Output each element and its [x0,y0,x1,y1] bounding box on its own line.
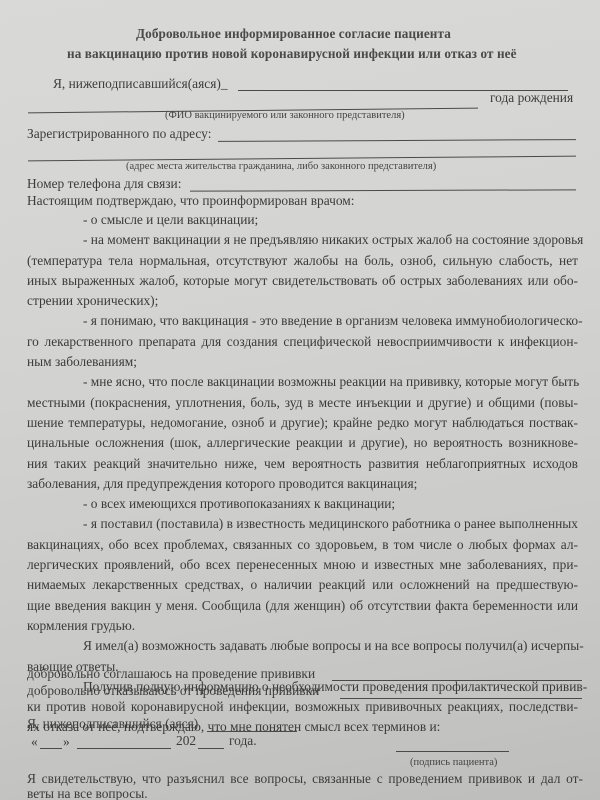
consent-form-page: Добровольное информированное согласие па… [0,0,600,800]
address-label: Зарегистрированного по адресу: [27,126,211,142]
paragraph-line: го лекарственного препарата для создания… [27,332,578,352]
document-title-line-2: на вакцинацию против новой коронавирусно… [67,46,517,62]
fio-caption: (ФИО вакцинируемого или законного предст… [165,110,405,121]
birth-year-label: года рождения [490,90,573,106]
consent-label: добровольно соглашаюсь на проведение при… [27,666,315,682]
phone-field[interactable] [190,189,576,191]
signer-signature-field[interactable] [207,731,297,732]
paragraph-line: вакцинациях, обо всех проблемах, связанн… [27,535,578,555]
paragraph-line: кормления грудью. [27,616,578,636]
paragraph-line: цинальные осложнения (шок, аллергические… [27,433,578,453]
paragraph-line: ным заболеваниям; [27,352,578,372]
paragraph-line: ния таких реакций значительно ниже, чем … [27,454,578,474]
paragraph-line: местными (покраснения, уплотнения, боль,… [27,393,578,413]
paragraph-line: - о смысле и цели вакцинации; [27,210,578,230]
paragraph-line: иных выраженных жалоб, которые могут сви… [27,271,578,291]
witness-statement-line-1: Я свидетельствую, что разъяснил все вопр… [27,771,583,787]
date-open-quote: « [31,734,38,750]
date-close-quote: » [63,734,70,750]
paragraph-line: - на момент вакцинации я не предъявляю н… [27,230,578,250]
paragraph-line: ки против новой коронавирусной инфекции,… [27,697,578,717]
paragraph-line: шение температуры, недомогание, озноб и … [27,413,578,433]
paragraph-line: стрении хронических); [27,291,578,311]
confirmation-intro: Настоящим подтверждаю, что проинформиров… [27,193,355,209]
patient-signature-field[interactable] [396,751,509,752]
paragraph-line: - я поставил (поставила) в известность м… [27,514,578,534]
signer-label-2: Я, нижеподписавшийся (аяся) [27,716,198,732]
paragraph-line: заболевания, для предупреждения которого… [27,474,578,494]
year-suffix: года. [229,733,257,749]
document-title-line-1: Добровольное информированное согласие па… [136,26,451,42]
signer-label: Я, нижеподписавшийся(аяся)_ [53,76,228,92]
paragraph-line: нимаемых лекарственных средствах, о нали… [27,575,578,595]
paragraph-line: - мне ясно, что после вакцинации возможн… [27,372,578,392]
refusal-signature-field[interactable] [340,698,582,699]
date-year-field[interactable] [198,748,224,749]
paragraph-line: Я имел(а) возможность задавать любые воп… [27,636,578,656]
address-field[interactable] [218,139,576,142]
consent-body: - о смысле и цели вакцинации; - на момен… [27,210,578,738]
date-day-field[interactable] [40,748,62,749]
paragraph-line: (температура тела нормальная, отсутствую… [27,251,578,271]
year-prefix: 202 [176,733,196,749]
phone-label: Номер телефона для связи: [27,176,181,192]
witness-statement-line-2: веты на все вопросы. [27,786,148,800]
paragraph-line: - я понимаю, что вакцинация - это введен… [27,311,578,331]
date-month-field[interactable] [77,748,171,749]
address-caption: (адрес места жительства гражданина, либо… [126,161,436,172]
paragraph-line: - о всех имеющихся противопоказаниях к в… [27,494,578,514]
signature-caption: (подпись пациента) [410,757,497,768]
paragraph-line: лергических проявлений, обо всех перенес… [27,555,578,575]
paragraph-line: щие введения вакцин у меня. Сообщила (дл… [27,596,578,616]
consent-signature-field[interactable] [332,680,582,681]
refusal-label: добровольно отказываюсь от проведения пр… [27,683,319,699]
